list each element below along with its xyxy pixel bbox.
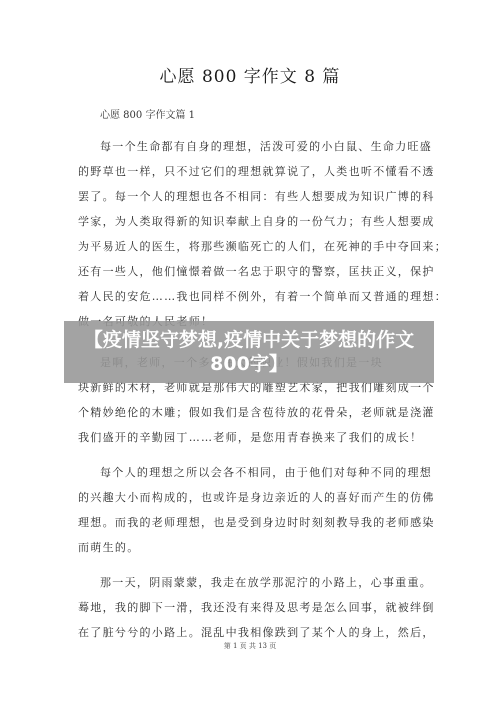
text-line: 罢了。每一个人的理想也各不相同：有些人想要成为知识广博的科	[78, 190, 430, 204]
document-page: 心愿 800 字作文 8 篇 心愿 800 字作文篇 1 每一个生命都有自身的理…	[0, 0, 500, 706]
text-line: 在了脏兮兮的小路上。混乱中我相像跌到了某个人的身上，然后，	[78, 626, 430, 640]
text-line: 蓦地，我的脚下一滑，我还没有来得及思考是怎么回事，就被绊倒	[78, 601, 430, 615]
text-line: 的野草也一样，只不过它们的理想就算说了，人类也听不懂看不透	[78, 165, 430, 179]
text-line: 每个人的理想之所以会各不相同，由于他们对每种不同的理想	[100, 466, 430, 480]
text-line: 为平易近人的医生，将那些濒临死亡的人们，在死神的手中夺回来；	[78, 240, 430, 254]
text-line: 理想。而我的老师理想，也是受到身边时时刻刻教导我的老师感染	[78, 516, 430, 530]
text-line: 而萌生的。	[78, 541, 430, 555]
text-line: 我们盛开的辛勤园丁……老师，是您用青春换来了我们的成长！	[78, 431, 430, 445]
text-line: 个精妙绝伦的木雕；假如我们是含苞待放的花骨朵，老师就是浇灌	[78, 406, 430, 420]
title-overlay-banner: 【疫情坚守梦想,疫情中关于梦想的作文800字】	[64, 321, 434, 383]
overlay-title: 【疫情坚守梦想,疫情中关于梦想的作文800字】	[79, 328, 419, 376]
essay-subtitle: 心愿 800 字作文篇 1	[100, 106, 195, 121]
text-line: 学家，为人类取得新的知识奉献上自身的一份气力；有些人想要成	[78, 215, 430, 229]
text-line: 着人民的安危……我也同样不例外，有着一个简单而又普通的理想：	[78, 290, 430, 304]
page-footer: 第 1 页 共 13 页	[0, 641, 500, 651]
text-line: 还有一些人，他们憧憬着做一名忠于职守的警察，匡扶正义，保护	[78, 265, 430, 279]
text-line: 的兴趣大小而构成的，也或许是身边亲近的人的喜好而产生的仿佛	[78, 491, 430, 505]
text-line: 那一天，阴雨蒙蒙，我走在放学那泥泞的小路上，心事重重。	[100, 576, 430, 590]
document-title: 心愿 800 字作文 8 篇	[0, 62, 500, 87]
text-line: 每一个生命都有自身的理想，活泼可爱的小白鼠、生命力旺盛	[100, 140, 430, 154]
text-line: 块新鲜的木材，老师就是那伟大的雕塑艺术家，把我们雕刻成一个	[78, 381, 430, 395]
